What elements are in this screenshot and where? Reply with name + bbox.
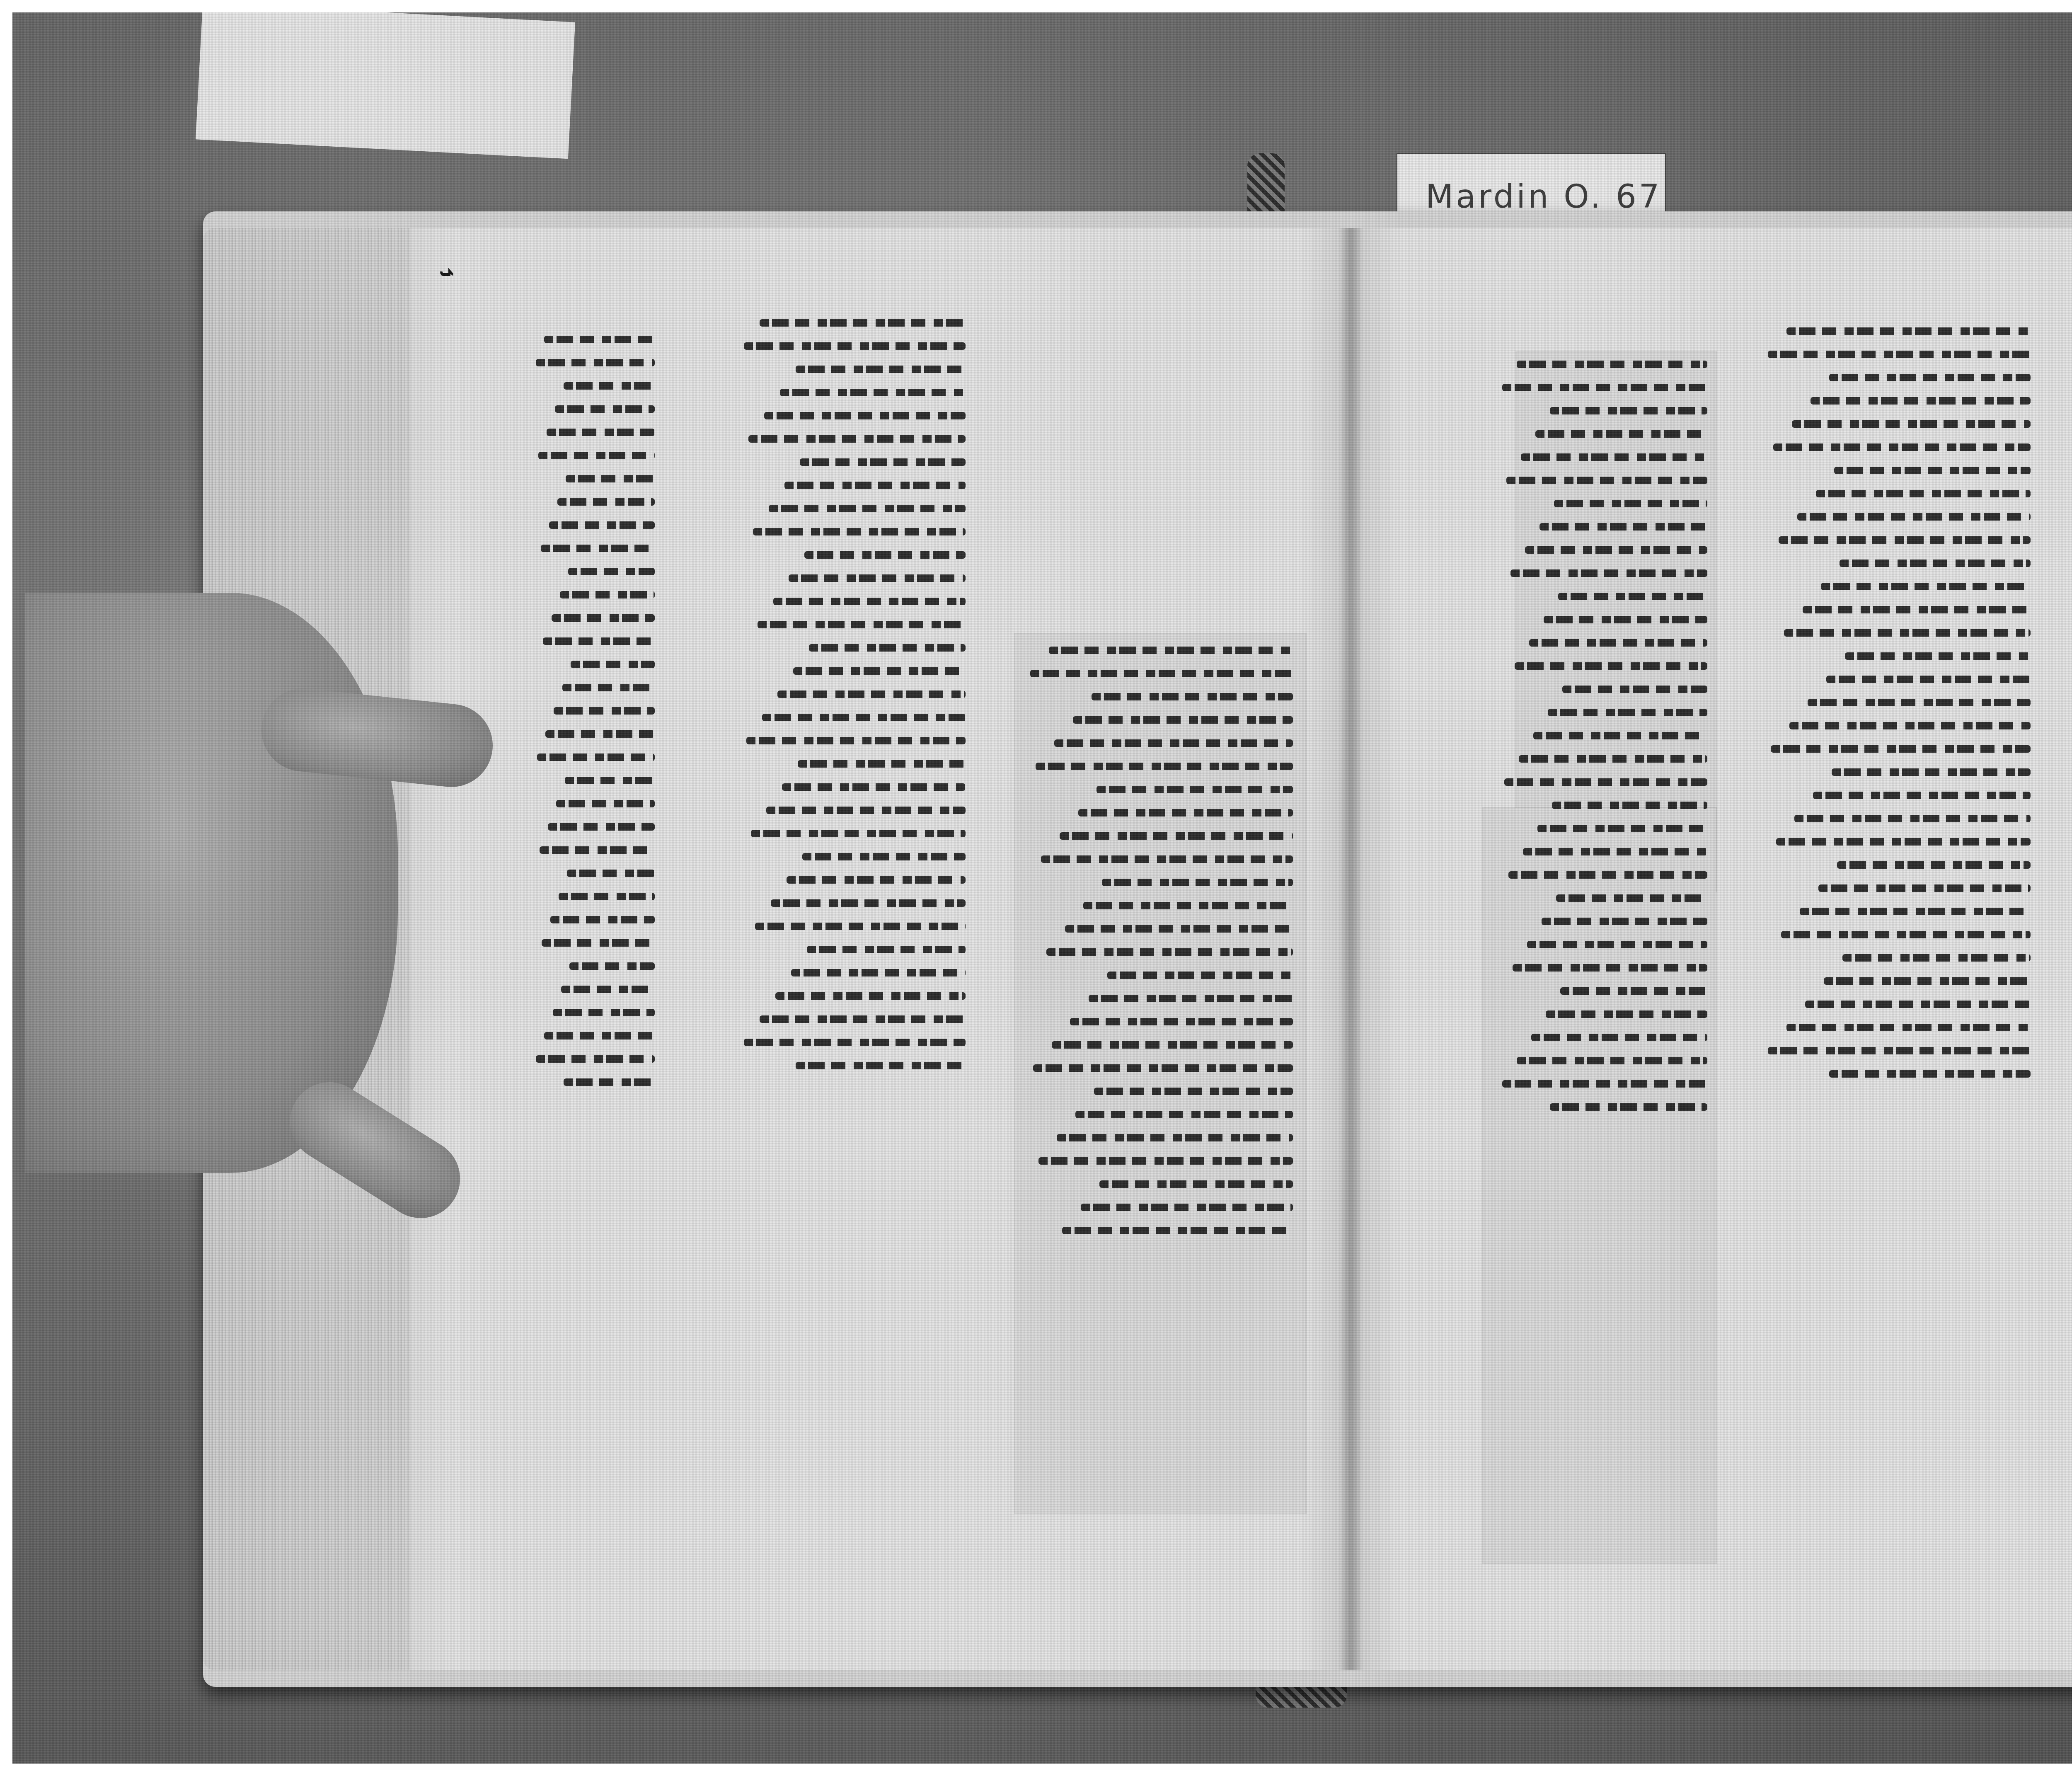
manuscript-text-line — [744, 342, 966, 350]
manuscript-text-line — [1517, 361, 1707, 368]
manuscript-text-line — [1523, 848, 1707, 855]
manuscript-text-line — [1531, 1034, 1707, 1041]
manuscript-text-line — [1517, 1057, 1707, 1064]
manuscript-text-line — [1506, 477, 1707, 484]
manuscript-text-line — [807, 946, 966, 953]
manuscript-text-line — [802, 853, 966, 860]
manuscript-text-line — [796, 1062, 966, 1069]
manuscript-text-line — [537, 754, 655, 761]
manuscript-text-line — [569, 962, 655, 970]
manuscript-text-line — [1502, 1080, 1707, 1088]
manuscript-text-line — [1558, 593, 1707, 600]
manuscript-text-line — [760, 319, 966, 327]
manuscript-text-line — [1054, 739, 1293, 747]
manuscript-text-line — [543, 637, 655, 645]
manuscript-text-line — [1083, 902, 1293, 909]
manuscript-text-line — [1060, 832, 1293, 840]
manuscript-text-line — [748, 435, 966, 443]
manuscript-text-line — [554, 707, 655, 715]
manuscript-text-line — [568, 568, 655, 575]
manuscript-text-line — [787, 876, 966, 884]
manuscript-text-line — [793, 667, 966, 675]
manuscript-text-line — [1786, 1024, 2031, 1031]
manuscript-text-line — [552, 614, 655, 622]
manuscript-text-line — [1546, 1010, 1707, 1018]
manuscript-text-line — [1813, 792, 2031, 799]
manuscript-text-line — [800, 458, 966, 466]
left-column-outer — [535, 336, 655, 1102]
manuscript-text-line — [1805, 1001, 2031, 1008]
manuscript-text-line — [762, 714, 966, 721]
manuscript-text-line — [561, 986, 655, 993]
manuscript-text-line — [1535, 430, 1707, 438]
manuscript-text-line — [1560, 987, 1707, 995]
manuscript-text-line — [1829, 374, 2031, 381]
manuscript-text-line — [1776, 838, 2031, 846]
manuscript-text-line — [1527, 941, 1707, 948]
open-book: ܝ — [203, 211, 2072, 1687]
manuscript-text-line — [1771, 745, 2031, 753]
manuscript-text-line — [1842, 954, 2031, 962]
right-page — [1351, 228, 2072, 1670]
manuscript-text-line — [1502, 384, 1707, 391]
manuscript-text-line — [545, 730, 655, 738]
manuscript-text-line — [773, 598, 966, 605]
manuscript-text-line — [1030, 670, 1293, 677]
manuscript-text-line — [538, 452, 655, 459]
manuscript-text-line — [1829, 1070, 2031, 1078]
manuscript-text-line — [766, 807, 966, 814]
manuscript-text-line — [541, 545, 655, 552]
manuscript-text-line — [1049, 647, 1293, 654]
book-gutter — [1339, 228, 1363, 1670]
manuscript-text-line — [1824, 977, 2031, 985]
manuscript-text-line — [1539, 523, 1707, 531]
manuscript-text-line — [1826, 676, 2031, 683]
manuscript-text-line — [1102, 879, 1293, 886]
manuscript-text-line — [1508, 871, 1707, 879]
manuscript-text-line — [809, 644, 966, 652]
manuscript-text-line — [1832, 768, 2031, 776]
manuscript-text-line — [1779, 536, 2031, 544]
folio-mark: ܝ — [439, 253, 454, 282]
manuscript-text-line — [559, 893, 655, 900]
manuscript-text-line — [1544, 616, 1707, 623]
manuscript-text-line — [1519, 755, 1707, 763]
manuscript-text-line — [1821, 583, 2031, 590]
manuscript-text-line — [758, 621, 966, 628]
manuscript-text-line — [1552, 802, 1707, 809]
manuscript-text-line — [1542, 918, 1707, 925]
manuscript-text-line — [544, 1032, 655, 1039]
manuscript-text-line — [1550, 1103, 1707, 1111]
manuscript-text-line — [1803, 606, 2031, 613]
manuscript-text-line — [557, 498, 655, 506]
manuscript-text-line — [1837, 861, 2031, 869]
manuscript-photograph: Mardin O. 67 2/3/4 ܝ — [12, 12, 2072, 1764]
manuscript-text-line — [565, 777, 655, 784]
paper-scrap-left — [196, 12, 575, 159]
manuscript-text-line — [1041, 855, 1293, 863]
manuscript-text-line — [771, 899, 966, 907]
manuscript-text-line — [796, 366, 966, 373]
manuscript-text-line — [1057, 1134, 1293, 1141]
manuscript-text-line — [784, 482, 966, 489]
manuscript-text-line — [780, 389, 966, 396]
manuscript-text-line — [1554, 500, 1707, 507]
manuscript-text-line — [789, 574, 966, 582]
manuscript-text-line — [1075, 1111, 1293, 1118]
manuscript-text-line — [564, 1078, 655, 1086]
manuscript-text-line — [1773, 443, 2031, 451]
manuscript-text-line — [1515, 662, 1707, 670]
manuscript-text-line — [556, 800, 655, 807]
manuscript-text-line — [542, 939, 655, 947]
manuscript-text-line — [1811, 397, 2031, 405]
manuscript-text-line — [744, 1039, 966, 1046]
manuscript-text-line — [1510, 569, 1707, 577]
manuscript-text-line — [1784, 629, 2031, 637]
manuscript-text-line — [1834, 467, 2031, 474]
manuscript-text-line — [1562, 686, 1707, 693]
manuscript-text-line — [1786, 327, 2031, 335]
manuscript-text-line — [540, 846, 655, 854]
manuscript-text-line — [548, 823, 655, 831]
manuscript-text-line — [1792, 420, 2031, 428]
left-column-middle — [742, 319, 966, 1085]
manuscript-text-line — [1033, 1064, 1293, 1072]
manuscript-text-line — [1525, 546, 1707, 554]
manuscript-text-line — [544, 336, 655, 343]
manuscript-text-line — [782, 783, 966, 791]
manuscript-text-line — [755, 923, 966, 930]
manuscript-text-line — [1052, 1041, 1293, 1049]
manuscript-text-line — [1070, 1018, 1293, 1025]
manuscript-text-line — [764, 412, 966, 419]
manuscript-text-line — [1513, 964, 1707, 972]
manuscript-text-line — [1816, 490, 2031, 497]
manuscript-text-line — [1046, 948, 1293, 956]
manuscript-text-line — [746, 737, 966, 744]
manuscript-text-line — [560, 591, 655, 598]
manuscript-text-line — [1094, 1088, 1293, 1095]
manuscript-text-line — [1078, 809, 1293, 817]
manuscript-text-line — [1818, 884, 2031, 892]
manuscript-text-line — [1781, 931, 2031, 938]
manuscript-text-line — [1081, 1204, 1293, 1211]
manuscript-text-line — [1065, 925, 1293, 933]
manuscript-text-line — [566, 475, 655, 482]
manuscript-text-line — [1089, 995, 1293, 1002]
manuscript-text-line — [791, 969, 966, 976]
manuscript-text-line — [1533, 732, 1707, 739]
manuscript-text-line — [1556, 894, 1707, 902]
manuscript-text-line — [536, 1055, 655, 1063]
manuscript-text-line — [553, 1009, 655, 1016]
manuscript-text-line — [804, 551, 966, 559]
manuscript-text-line — [1537, 825, 1707, 832]
manuscript-text-line — [1845, 652, 2031, 660]
manuscript-text-line — [550, 916, 655, 923]
manuscript-text-line — [555, 405, 655, 413]
manuscript-text-line — [1038, 1157, 1293, 1165]
manuscript-text-line — [1073, 716, 1293, 724]
manuscript-text-line — [1550, 407, 1707, 414]
manuscript-text-line — [564, 382, 655, 390]
right-column-middle — [1765, 327, 2031, 1093]
manuscript-text-line — [1062, 1227, 1293, 1234]
manuscript-text-line — [1840, 560, 2031, 567]
manuscript-text-line — [769, 505, 966, 512]
manuscript-text-line — [1097, 786, 1293, 793]
manuscript-text-line — [1800, 908, 2031, 915]
manuscript-text-line — [1099, 1180, 1293, 1188]
manuscript-text-line — [798, 760, 966, 768]
manuscript-text-line — [1092, 693, 1293, 700]
manuscript-text-line — [571, 661, 655, 668]
manuscript-text-line — [1504, 778, 1707, 786]
manuscript-text-line — [1521, 453, 1707, 461]
manuscript-text-line — [1797, 513, 2031, 521]
manuscript-text-line — [1768, 1047, 2031, 1054]
manuscript-text-line — [1036, 763, 1293, 770]
manuscript-text-line — [1808, 699, 2031, 706]
manuscript-text-line — [760, 1015, 966, 1023]
manuscript-text-line — [1529, 639, 1707, 647]
manuscript-text-line — [562, 684, 655, 691]
manuscript-text-line — [751, 830, 966, 837]
right-column-inner — [1500, 361, 1707, 1127]
manuscript-text-line — [1548, 709, 1707, 716]
shelf-label-id: Mardin O. 67 — [1426, 178, 1662, 216]
manuscript-text-line — [1789, 722, 2031, 729]
manuscript-text-line — [777, 691, 966, 698]
manuscript-text-line — [1794, 815, 2031, 822]
manuscript-text-line — [547, 429, 655, 436]
manuscript-text-line — [775, 992, 966, 1000]
manuscript-text-line — [1107, 972, 1293, 979]
left-column-inner — [1028, 647, 1293, 1250]
manuscript-text-line — [536, 359, 655, 366]
manuscript-text-line — [1768, 351, 2031, 358]
manuscript-text-line — [549, 521, 655, 529]
manuscript-text-line — [753, 528, 966, 535]
manuscript-text-line — [567, 870, 655, 877]
